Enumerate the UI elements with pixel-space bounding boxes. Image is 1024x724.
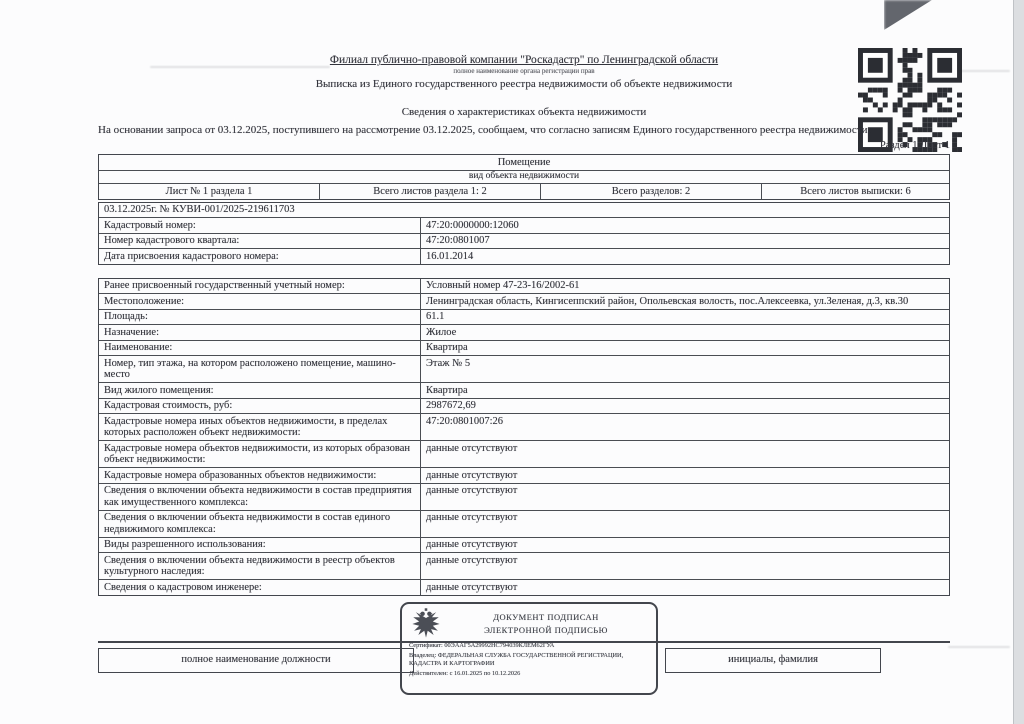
row-value: Условный номер 47-23-16/2002-61 bbox=[421, 279, 949, 294]
row-label: Местоположение: bbox=[99, 294, 421, 309]
table-row: Кадастровые номера образованных объектов… bbox=[99, 467, 949, 483]
document-subtitle: Сведения о характеристиках объекта недви… bbox=[98, 106, 950, 119]
stamp-title-line1: ДОКУМЕНТ ПОДПИСАН bbox=[443, 611, 649, 624]
row-label: Сведения о включении объекта недвижимост… bbox=[99, 511, 421, 537]
row-value: Ленинградская область, Кингисеппский рай… bbox=[421, 294, 949, 309]
name-caption-box: инициалы, фамилия bbox=[665, 648, 881, 673]
row-label: Номер кадастрового квартала: bbox=[99, 234, 421, 249]
sections-total: Всего разделов: 2 bbox=[541, 184, 762, 199]
table-row: Наименование: Квартира bbox=[99, 340, 949, 356]
row-label: Сведения о кадастровом инженере: bbox=[99, 580, 421, 595]
table-row: Местоположение: Ленинградская область, К… bbox=[99, 293, 949, 309]
row-label: Сведения о включении объекта недвижимост… bbox=[99, 553, 421, 579]
table-row: Назначение: Жилое bbox=[99, 324, 949, 340]
row-label: Номер, тип этажа, на котором расположено… bbox=[99, 356, 421, 382]
scanned-document-page: Филиал публично-правовой компании "Роска… bbox=[0, 0, 1024, 724]
request-number: 03.12.2025г. № КУВИ-001/2025-219611703 bbox=[99, 203, 949, 218]
stamp-title-line2: ЭЛЕКТРОННОЙ ПОДПИСЬЮ bbox=[443, 624, 649, 637]
row-value: 47:20:0801007:26 bbox=[421, 414, 949, 440]
document-title: Выписка из Единого государственного реес… bbox=[98, 78, 950, 91]
table-row: Номер кадастрового квартала: 47:20:08010… bbox=[99, 233, 949, 249]
document-content: Филиал публично-правовой компании "Роска… bbox=[98, 54, 950, 596]
row-label: Вид жилого помещения: bbox=[99, 383, 421, 398]
row-label: Виды разрешенного использования: bbox=[99, 538, 421, 553]
scan-smudge bbox=[948, 646, 1010, 648]
position-caption-box: полное наименование должности bbox=[98, 648, 414, 673]
row-label: Кадастровая стоимость, руб: bbox=[99, 399, 421, 414]
org-name: Филиал публично-правовой компании "Роска… bbox=[98, 54, 950, 67]
row-value: Жилое bbox=[421, 325, 949, 340]
row-label: Сведения о включении объекта недвижимост… bbox=[99, 484, 421, 510]
row-label: Кадастровый номер: bbox=[99, 218, 421, 233]
table-row: Номер, тип этажа, на котором расположено… bbox=[99, 355, 949, 382]
object-type: Помещение bbox=[99, 155, 949, 170]
row-value: Квартира bbox=[421, 341, 949, 356]
scan-corner-artifact bbox=[884, 0, 932, 30]
row-label: Наименование: bbox=[99, 341, 421, 356]
details-table: Ранее присвоенный государственный учетны… bbox=[98, 278, 950, 596]
request-number-row: 03.12.2025г. № КУВИ-001/2025-219611703 bbox=[99, 203, 949, 218]
row-value: данные отсутствуют bbox=[421, 580, 949, 595]
row-value: 47:20:0801007 bbox=[421, 234, 949, 249]
table-row: Кадастровая стоимость, руб: 2987672,69 bbox=[99, 398, 949, 414]
table-row: Дата присвоения кадастрового номера: 16.… bbox=[99, 248, 949, 264]
table-row: Сведения о кадастровом инженере: данные … bbox=[99, 579, 949, 595]
table-row: Сведения о включении объекта недвижимост… bbox=[99, 552, 949, 579]
row-value: Этаж № 5 bbox=[421, 356, 949, 382]
org-name-caption: полное наименование органа регистрации п… bbox=[98, 67, 950, 76]
row-label: Кадастровые номера иных объектов недвижи… bbox=[99, 414, 421, 440]
row-value: 2987672,69 bbox=[421, 399, 949, 414]
row-value: данные отсутствуют bbox=[421, 538, 949, 553]
row-value: данные отсутствуют bbox=[421, 484, 949, 510]
row-value: 47:20:0000000:12060 bbox=[421, 218, 949, 233]
sheet-info-row: Лист № 1 раздела 1 Всего листов раздела … bbox=[99, 183, 949, 199]
table-row: Помещение bbox=[99, 155, 949, 170]
extract-sheets-total: Всего листов выписки: 6 bbox=[762, 184, 949, 199]
table-row: Кадастровые номера иных объектов недвижи… bbox=[99, 413, 949, 440]
row-label: Ранее присвоенный государственный учетны… bbox=[99, 279, 421, 294]
table-row: Сведения о включении объекта недвижимост… bbox=[99, 483, 949, 510]
table-row: Кадастровые номера объектов недвижимости… bbox=[99, 440, 949, 467]
row-value: Квартира bbox=[421, 383, 949, 398]
table-row: Кадастровый номер: 47:20:0000000:12060 bbox=[99, 217, 949, 233]
row-value: 61.1 bbox=[421, 310, 949, 325]
row-label: Дата присвоения кадастрового номера: bbox=[99, 249, 421, 264]
cadastral-table: 03.12.2025г. № КУВИ-001/2025-219611703 К… bbox=[98, 202, 950, 265]
table-row: вид объекта недвижимости bbox=[99, 170, 949, 184]
row-label: Площадь: bbox=[99, 310, 421, 325]
table-row: Вид жилого помещения: Квартира bbox=[99, 382, 949, 398]
stamp-owner: Владелец: ФЕДЕРАЛЬНАЯ СЛУЖБА ГОСУДАРСТВЕ… bbox=[409, 652, 649, 669]
table-row: Сведения о включении объекта недвижимост… bbox=[99, 510, 949, 537]
object-type-table: Помещение вид объекта недвижимости Лист … bbox=[98, 154, 950, 200]
row-value: данные отсутствуют bbox=[421, 441, 949, 467]
row-value: данные отсутствуют bbox=[421, 468, 949, 483]
stamp-validity: Действителен: с 16.01.2025 по 10.12.2026 bbox=[409, 670, 649, 679]
object-type-caption: вид объекта недвижимости bbox=[99, 171, 949, 184]
double-headed-eagle-icon bbox=[409, 607, 443, 641]
sheet-number: Лист № 1 раздела 1 bbox=[99, 184, 320, 199]
row-value: 16.01.2014 bbox=[421, 249, 949, 264]
row-label: Назначение: bbox=[99, 325, 421, 340]
row-label: Кадастровые номера объектов недвижимости… bbox=[99, 441, 421, 467]
table-row: Площадь: 61.1 bbox=[99, 309, 949, 325]
esignature-stamp: ДОКУМЕНТ ПОДПИСАН ЭЛЕКТРОННОЙ ПОДПИСЬЮ С… bbox=[400, 602, 658, 695]
table-row: Ранее присвоенный государственный учетны… bbox=[99, 279, 949, 294]
section-sheets-total: Всего листов раздела 1: 2 bbox=[320, 184, 541, 199]
stamp-certificate: Сертификат: 00ЭААГ5А29992НС794039КЛЕМ62Г… bbox=[409, 642, 649, 651]
scan-smudge bbox=[955, 70, 1010, 72]
table-row: Виды разрешенного использования: данные … bbox=[99, 537, 949, 553]
row-value: данные отсутствуют bbox=[421, 511, 949, 537]
section-sheet-label: Раздел 1 Лист 1 bbox=[98, 139, 950, 152]
row-label: Кадастровые номера образованных объектов… bbox=[99, 468, 421, 483]
row-value: данные отсутствуют bbox=[421, 553, 949, 579]
scanner-background-strip bbox=[1014, 0, 1024, 724]
basis-line: На основании запроса от 03.12.2025, пост… bbox=[98, 124, 950, 137]
